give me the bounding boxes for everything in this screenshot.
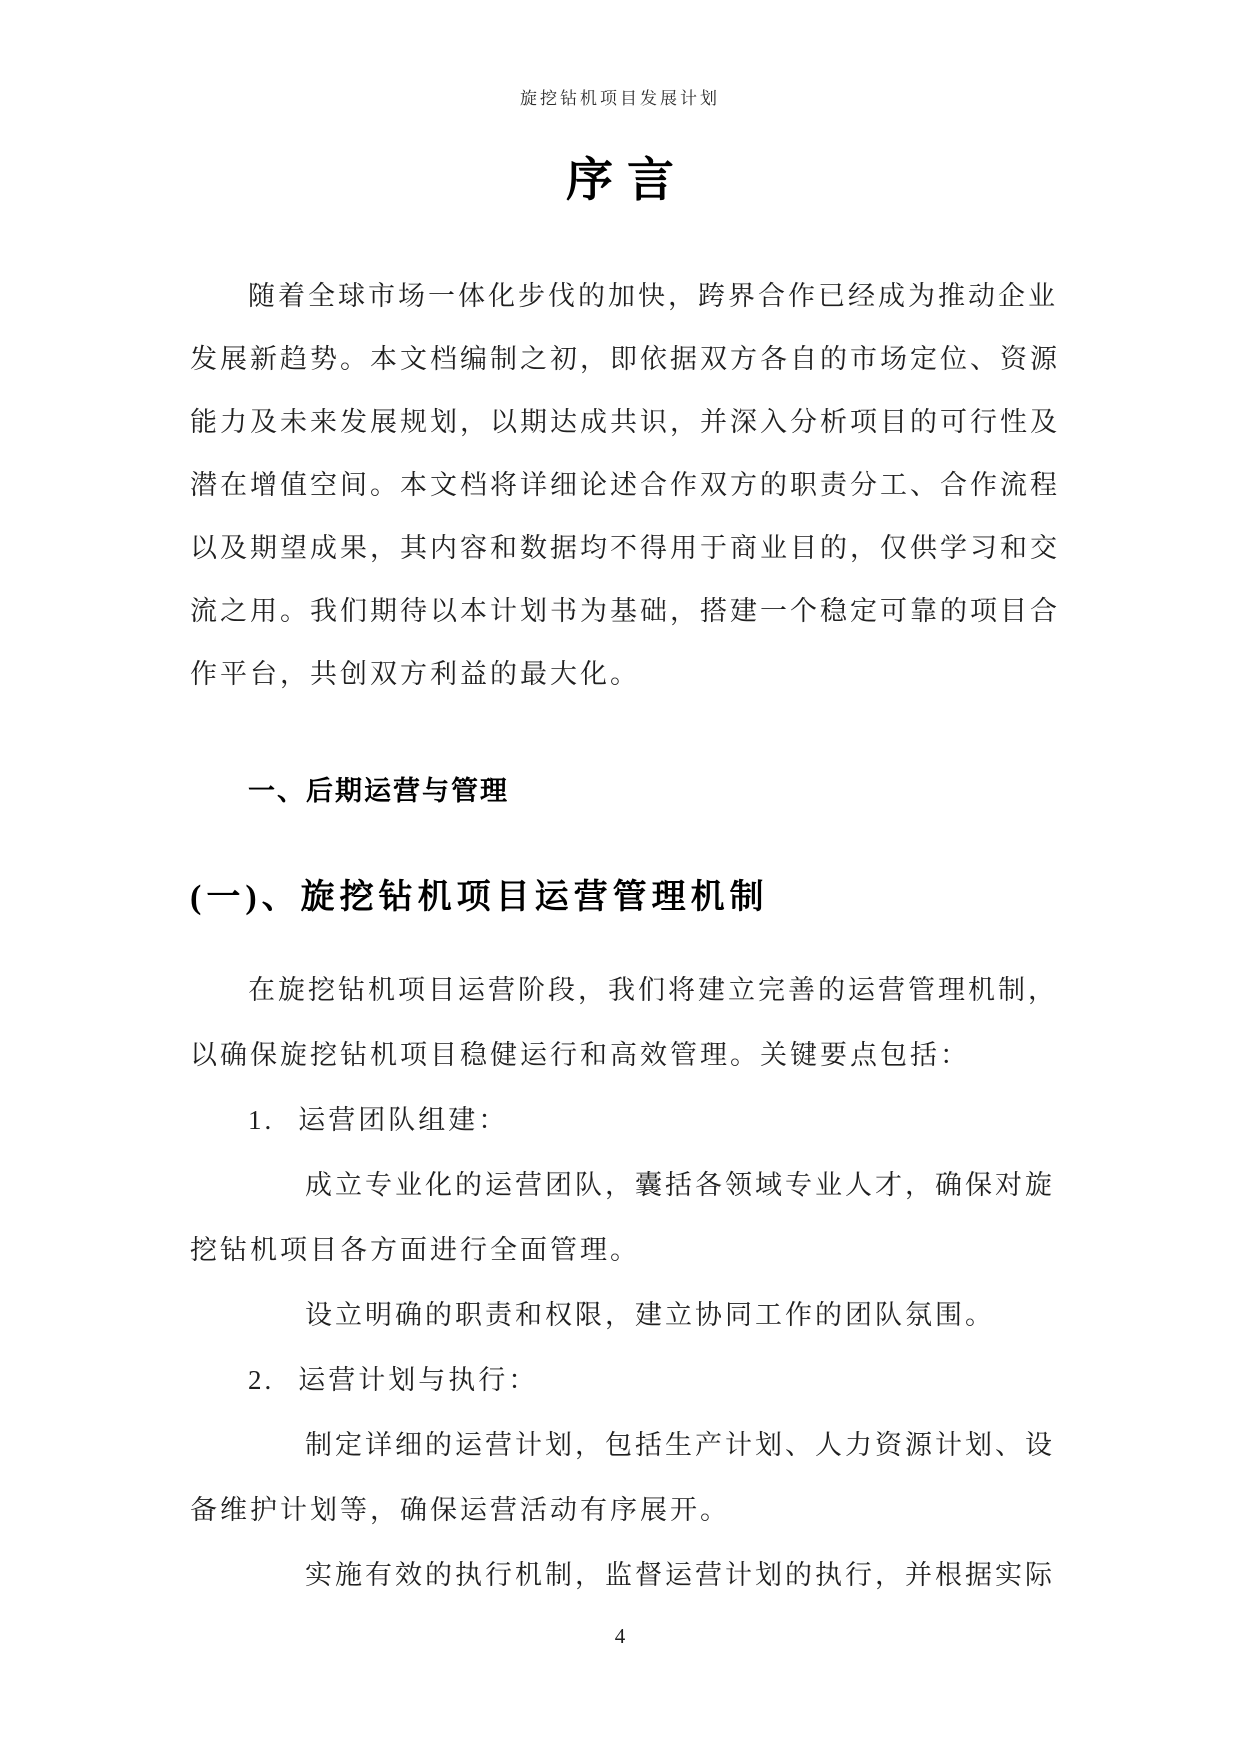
paragraph-line: 制定详细的运营计划，包括生产计划、人力资源计划、设 xyxy=(190,1413,1080,1478)
paragraph-line: 设立明确的职责和权限，建立协同工作的团队氛围。 xyxy=(190,1283,1080,1348)
paragraph-line: 潜在增值空间。本文档将详细论述合作双方的职责分工、合作流程 xyxy=(190,454,1080,517)
list-item: 2.运营计划与执行： xyxy=(190,1348,1080,1413)
paragraph-line: 以及期望成果，其内容和数据均不得用于商业目的，仅供学习和交 xyxy=(190,517,1080,580)
list-item: 1.运营团队组建： xyxy=(190,1088,1080,1153)
list-item-number: 2. xyxy=(248,1348,274,1413)
subsection-heading: (一)、旋挖钻机项目运营管理机制 xyxy=(190,872,1190,924)
intro-paragraph: 随着全球市场一体化步伐的加快，跨界合作已经成为推动企业 发展新趋势。本文档编制之… xyxy=(190,265,1080,706)
paragraph-line: 发展新趋势。本文档编制之初，即依据双方各自的市场定位、资源 xyxy=(190,328,1080,391)
page-title: 序言 xyxy=(0,143,1240,210)
page-number: 4 xyxy=(0,1624,1240,1649)
paragraph-line: 以确保旋挖钻机项目稳健运行和高效管理。关键要点包括： xyxy=(190,1023,1080,1088)
paragraph-line: 随着全球市场一体化步伐的加快，跨界合作已经成为推动企业 xyxy=(190,265,1080,328)
section-heading: 一、后期运营与管理 xyxy=(190,762,1138,820)
paragraph-line: 流之用。我们期待以本计划书为基础，搭建一个稳定可靠的项目合 xyxy=(190,580,1080,643)
list-item-label: 运营团队组建： xyxy=(298,1105,508,1135)
paragraph-line: 成立专业化的运营团队，囊括各领域专业人才，确保对旋 xyxy=(190,1153,1080,1218)
list-item-number: 1. xyxy=(248,1088,274,1153)
paragraph-line: 能力及未来发展规划，以期达成共识，并深入分析项目的可行性及 xyxy=(190,391,1080,454)
paragraph-line: 备维护计划等，确保运营活动有序展开。 xyxy=(190,1478,1080,1543)
paragraph-line: 在旋挖钻机项目运营阶段，我们将建立完善的运营管理机制， xyxy=(190,958,1080,1023)
subsection-body: 在旋挖钻机项目运营阶段，我们将建立完善的运营管理机制， 以确保旋挖钻机项目稳健运… xyxy=(190,958,1080,1608)
paragraph-line: 作平台，共创双方利益的最大化。 xyxy=(190,643,1080,706)
list-item-label: 运营计划与执行： xyxy=(298,1365,538,1395)
paragraph-line: 挖钻机项目各方面进行全面管理。 xyxy=(190,1218,1080,1283)
document-page: 旋挖钻机项目发展计划 序言 随着全球市场一体化步伐的加快，跨界合作已经成为推动企… xyxy=(0,0,1240,1753)
document-header: 旋挖钻机项目发展计划 xyxy=(0,84,1240,109)
paragraph-line: 实施有效的执行机制，监督运营计划的执行，并根据实际 xyxy=(190,1543,1080,1608)
